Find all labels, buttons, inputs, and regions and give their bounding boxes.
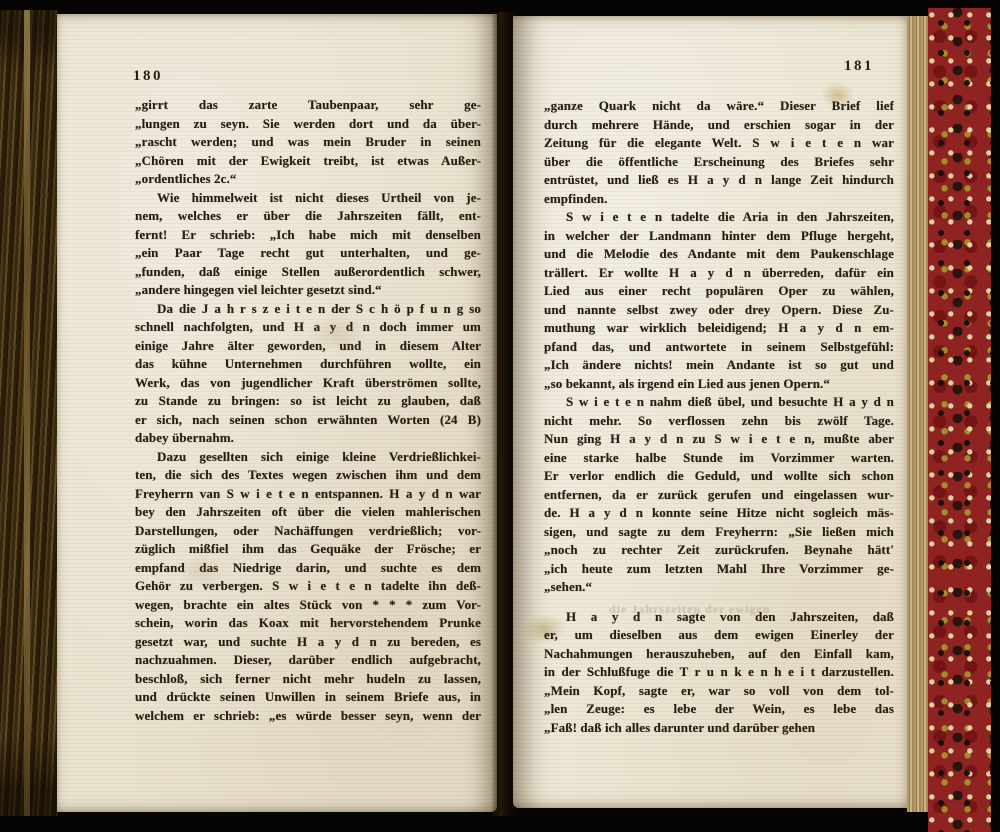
left-page: 180 „girrt das zarte Taubenpaar, sehr ge… (57, 14, 497, 812)
text-line: entfernen, da er zurück gerufen und eing… (544, 486, 894, 505)
text-line: „ich heute zum letzten Mahl Ihre Vorzimm… (544, 560, 894, 579)
text-line: und die Melodie des Andante mit dem Pauk… (544, 245, 894, 264)
text-line: H a y d n sagte von den Jahrszeiten, daß (544, 608, 894, 627)
text-line: Zeitung für die elegante Welt. S w i e t… (544, 134, 894, 153)
text-line: Wie himmelweit ist nicht dieses Urtheil … (135, 189, 481, 208)
text-line: dabey übernahm. (135, 429, 481, 448)
text-line: in welcher der Landmann hinter dem Pflug… (544, 227, 894, 246)
text-line: Er verlor endlich die Geduld, und wollte… (544, 467, 894, 486)
text-line: „funden, daß einige Stellen außerordentl… (135, 263, 481, 282)
text-line: entrüstet, und ließ es H a y d n lange Z… (544, 171, 894, 190)
text-line: empfand das Niedrige darin, und suchte e… (135, 559, 481, 578)
text-line: einige Jahre älter geworden, und in dies… (135, 337, 481, 356)
text-line: „sehen.“ (544, 578, 894, 597)
text-line: Freyherrn van S w i e t e n entspannen. … (135, 485, 481, 504)
text-line: nem, welches er über die Jahrszeiten fäl… (135, 207, 481, 226)
right-page: 181 die Jahrszeiten der ewigen „ganze Qu… (513, 16, 907, 808)
text-line: eine starke halbe Stunde im Vorzimmer wa… (544, 449, 894, 468)
text-line: bey den Jahrszeiten oft über die vielen … (135, 503, 481, 522)
right-page-edges (907, 16, 928, 812)
text-line: wegen, brachte ein altes Stück von * * *… (135, 596, 481, 615)
text-line: „rascht werden; und was mein Bruder in s… (135, 133, 481, 152)
text-line: schnell nachfolgten, und H a y d n doch … (135, 318, 481, 337)
text-line: und nannte selbst zwey oder drey Opern. … (544, 301, 894, 320)
text-line: welchem er schrieb: „es würde besser sey… (135, 707, 481, 726)
text-line: züglich mißfiel ihm das Gequäke der Frös… (135, 540, 481, 559)
text-line: „ganze Quark nicht da wäre.“ Dieser Brie… (544, 97, 894, 116)
text-line: fernt! Er schrieb: „Ich habe mich mit de… (135, 226, 481, 245)
text-line: das kühne Unternehmen durchführen wollte… (135, 355, 481, 374)
text-line: Darstellungen, oder Nachäffungen verdrie… (135, 522, 481, 541)
text-line: Nun ging H a y d n zu S w i e t e n, muß… (544, 430, 894, 449)
text-line: in der Schlußfuge die T r u n k e n h e … (544, 663, 894, 682)
text-line: „girrt das zarte Taubenpaar, sehr ge- (135, 96, 481, 115)
text-line: Dazu gesellten sich einige kleine Verdri… (135, 448, 481, 467)
book-photo: 180 „girrt das zarte Taubenpaar, sehr ge… (0, 0, 1000, 832)
text-line: S w i e t e n tadelte die Aria in den Ja… (544, 208, 894, 227)
text-line: Nachahmungen herauszuheben, auf den Einf… (544, 645, 894, 664)
text-line: „noch zu rechter Zeit zurückrufen. Beyna… (544, 541, 894, 560)
text-line: „Ich ändere nichts! mein Andante ist so … (544, 356, 894, 375)
text-line: schein, worin das Koax mit hervorstehend… (135, 614, 481, 633)
text-line: muthung war wirklich beleidigend; H a y … (544, 319, 894, 338)
text-line: nicht mehr. So verflossen zehn bis zwölf… (544, 412, 894, 431)
page-number-right: 181 (844, 58, 874, 75)
text-line: „andere hingegen viel leichter gesetzt s… (135, 281, 481, 300)
text-line: sigen, und sagte zu dem Freyherrn: „Sie … (544, 523, 894, 542)
text-line: über die öffentliche Erscheinung des Bri… (544, 153, 894, 172)
text-line: „Mein Kopf, sagte er, war so voll von de… (544, 682, 894, 701)
text-line: trällert. Er wollte H a y d n überreden,… (544, 264, 894, 283)
text-line: gesetzt war, und suchte H a y d n zu ber… (135, 633, 481, 652)
text-line: er, um dieselben aus dem ewigen Einerley… (544, 626, 894, 645)
left-page-edges (0, 10, 58, 816)
text-line: „so bekannt, als irgend ein Lied aus jen… (544, 375, 894, 394)
text-line: de. H a y d n konnte seine Hitze nicht s… (544, 504, 894, 523)
page-number-left: 180 (133, 68, 163, 85)
text-line: er sich, nach seinen schon erwähnten Wor… (135, 411, 481, 430)
text-line: empfinden. (544, 190, 894, 209)
text-line: „Chören mit der Ewigkeit treibt, ist etw… (135, 152, 481, 171)
text-line: „Faß! daß ich alles darunter und darüber… (544, 719, 894, 738)
text-line: „len Zeuge: es lebe der Wein, es lebe da… (544, 700, 894, 719)
text-line: pfand das, und antwortete in seinem Selb… (544, 338, 894, 357)
text-line: Da die J a h r s z e i t e n der S c h ö… (135, 300, 481, 319)
text-line: zu Stande zu bringen: so ist leicht zu g… (135, 392, 481, 411)
text-line: beschloß, sich ferner nicht mehr hudeln … (135, 670, 481, 689)
text-line: Lied aus einer recht populären Oper zu w… (544, 282, 894, 301)
right-page-text: „ganze Quark nicht da wäre.“ Dieser Brie… (544, 97, 894, 737)
text-line: „ordentliches 2c.“ (135, 170, 481, 189)
text-line: S w i e t e n nahm dieß übel, und besuch… (544, 393, 894, 412)
left-page-text: „girrt das zarte Taubenpaar, sehr ge-„lu… (135, 96, 481, 725)
text-line: durch mehrere Hände, und erschien sogar … (544, 116, 894, 135)
text-line: „ein Paar Tage recht gut unterhalten, un… (135, 244, 481, 263)
text-line: ten, die sich des Textes wegen zwischen … (135, 466, 481, 485)
page-edge-highlight (24, 10, 30, 816)
text-line: Werk, das von jugendlicher Kraft überstr… (135, 374, 481, 393)
text-line: nachzuahmen. Dieser, darüber endlich auf… (135, 651, 481, 670)
marbled-cover (928, 8, 991, 832)
text-line: Gehör zu verbergen. S w i e t e n tadelt… (135, 577, 481, 596)
text-line: „lungen zu seyn. Sie werden dort und da … (135, 115, 481, 134)
text-line: und drückte seinen Unwillen in seinem Br… (135, 688, 481, 707)
